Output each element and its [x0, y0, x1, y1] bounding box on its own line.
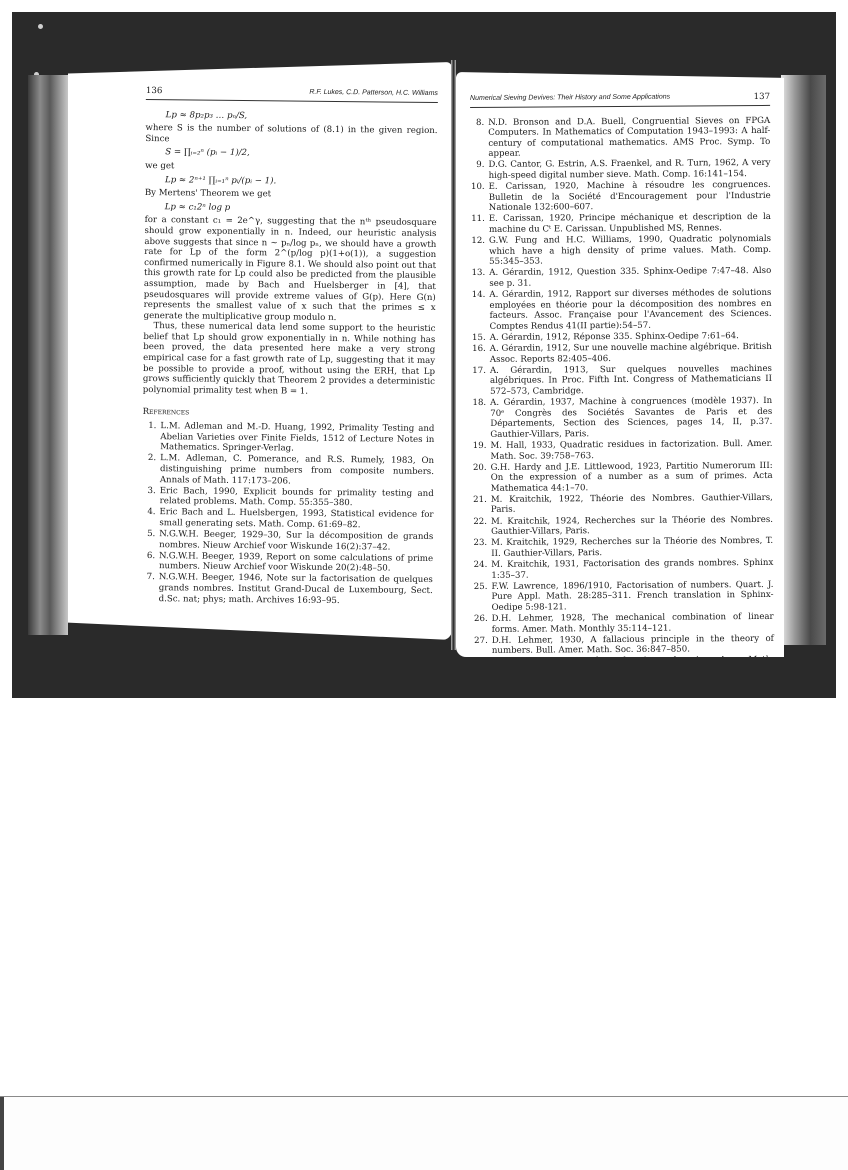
reference-number: 14.: [471, 290, 489, 332]
equation: S = ∏ᵢ₌₂ⁿ (pᵢ − 1)/2,: [145, 147, 437, 161]
page-number: 136: [146, 86, 163, 97]
reference-number: 1.: [142, 421, 160, 453]
reference-text: A. Gérardin, 1912, Rapport sur diverses …: [489, 288, 771, 332]
reference-number: 5.: [141, 529, 159, 550]
reference-item: 25.F.W. Lawrence, 1896/1910, Factorisati…: [473, 580, 773, 614]
paragraph: for a constant c₁ = 2e^γ, suggesting tha…: [144, 215, 437, 324]
reference-text: Eric Bach and L. Huelsbergen, 1993, Stat…: [159, 507, 433, 531]
reference-item: 18.A. Gérardin, 1937, Machine à congruen…: [472, 396, 772, 440]
reference-number: 3.: [142, 486, 160, 507]
reference-text: F.W. Lawrence, 1896/1910, Factorisation …: [491, 580, 773, 614]
reference-item: 13.A. Gérardin, 1912, Question 335. Sphi…: [471, 266, 771, 289]
equation: Lp ≈ c₁2ⁿ log p: [145, 202, 437, 216]
reference-number: 11.: [471, 214, 489, 235]
paper-edge-shadow: [0, 1097, 4, 1170]
reference-number: 21.: [473, 495, 491, 516]
book-gutter: [451, 60, 456, 650]
reference-item: 7.N.G.W.H. Beeger, 1946, Note sur la fac…: [141, 572, 433, 607]
reference-number: 6.: [141, 551, 159, 572]
reference-text: Eric Bach, 1990, Explicit bounds for pri…: [160, 486, 434, 510]
reference-number: 17.: [472, 366, 490, 398]
reference-text: L.M. Adleman, C. Pomerance, and R.S. Rum…: [160, 453, 434, 488]
reference-number: 10.: [471, 182, 489, 214]
left-page-content: 136 R.F. Lukes, C.D. Patterson, H.C. Wil…: [141, 86, 438, 608]
left-page-edges: [28, 75, 68, 635]
reference-item: 23.M. Kraitchik, 1929, Recherches sur la…: [473, 536, 773, 559]
paragraph: where S is the number of solutions of (8…: [145, 123, 437, 147]
reference-item: 5.N.G.W.H. Beeger, 1929–30, Sur la décom…: [141, 529, 433, 553]
reference-number: 15.: [472, 333, 490, 344]
reference-text: A. Gérardin, 1912, Question 335. Sphinx-…: [489, 266, 771, 289]
reference-item: 21.M. Kraitchik, 1922, Théorie des Nombr…: [473, 493, 773, 516]
paragraph: Thus, these numerical data lend some sup…: [143, 321, 436, 398]
reference-number: 23.: [473, 538, 491, 559]
reference-text: E. Carissan, 1920, Principe méchanique e…: [489, 212, 771, 235]
reference-item: 12.G.W. Fung and H.C. Williams, 1990, Qu…: [471, 234, 771, 268]
reference-text: M. Hall, 1933, Quadratic residues in fac…: [490, 439, 772, 462]
reference-item: 6.N.G.W.H. Beeger, 1939, Report on some …: [141, 551, 433, 575]
reference-item: 4.Eric Bach and L. Huelsbergen, 1993, St…: [141, 507, 433, 531]
reference-item: 10.E. Carissan, 1920, Machine à résoudre…: [471, 180, 771, 214]
reference-item: 26.D.H. Lehmer, 1928, The mechanical com…: [474, 612, 774, 635]
reference-item: 24.M. Kraitchik, 1931, Factorisation des…: [473, 558, 773, 581]
reference-text: M. Kraitchik, 1922, Théorie des Nombres.…: [491, 493, 773, 516]
reference-text: A. Gérardin, 1937, Machine à congruences…: [490, 396, 772, 440]
blank-paper-sheet: [0, 1096, 848, 1170]
reference-text: D.H. Lehmer, 1928, The mechanical combin…: [492, 612, 774, 635]
reference-number: 27.: [474, 635, 492, 656]
reference-number: 25.: [473, 581, 491, 613]
reference-number: 16.: [472, 344, 490, 365]
reference-number: 24.: [473, 560, 491, 581]
reference-text: M. Kraitchik, 1929, Recherches sur la Th…: [491, 536, 773, 559]
reference-item: 20.G.H. Hardy and J.E. Littlewood, 1923,…: [473, 460, 773, 494]
reference-number: 12.: [471, 236, 489, 268]
reference-item: 27.D.H. Lehmer, 1930, A fallacious princ…: [474, 633, 774, 656]
right-page-edges: [781, 75, 826, 645]
reference-text: D.G. Cantor, G. Estrin, A.S. Fraenkel, a…: [488, 158, 770, 181]
paragraph: By Mertens' Theorem we get: [145, 188, 437, 202]
reference-text: A. Gérardin, 1912, Sur une nouvelle mach…: [490, 342, 772, 365]
reference-text: E. Carissan, 1920, Machine à résoudre le…: [489, 180, 771, 214]
reference-text: A. Gérardin, 1913, Sur quelques nouvelle…: [490, 364, 772, 398]
reference-number: 9.: [470, 160, 488, 181]
reference-text: N.G.W.H. Beeger, 1929–30, Sur la décompo…: [159, 529, 433, 553]
reference-text: D.H. Lehmer, 1930, A fallacious principl…: [492, 633, 774, 656]
reference-item: 8.N.D. Bronson and D.A. Buell, Congruent…: [470, 115, 770, 159]
reference-item: 3.Eric Bach, 1990, Explicit bounds for p…: [142, 486, 434, 510]
reference-text: M. Kraitchik, 1924, Recherches sur la Th…: [491, 514, 773, 537]
reference-text: L.M. Adleman and M.-D. Huang, 1992, Prim…: [160, 421, 434, 456]
right-running-head: Numerical Sieving Devives: Their History…: [470, 92, 770, 108]
left-page: 136 R.F. Lukes, C.D. Patterson, H.C. Wil…: [68, 62, 452, 640]
reference-text: N.G.W.H. Beeger, 1939, Report on some ca…: [159, 551, 433, 575]
paragraph: we get: [145, 161, 437, 175]
left-running-head: 136 R.F. Lukes, C.D. Patterson, H.C. Wil…: [146, 86, 438, 103]
reference-text: M. Kraitchik, 1931, Factorisation des gr…: [491, 558, 773, 581]
reference-item: 16.A. Gérardin, 1912, Sur une nouvelle m…: [472, 342, 772, 365]
reference-item: 2.L.M. Adleman, C. Pomerance, and R.S. R…: [142, 453, 434, 488]
reference-text: N.G.W.H. Beeger, 1946, Note sur la facto…: [159, 573, 433, 608]
reference-number: 19.: [472, 441, 490, 462]
references-heading: References: [143, 407, 435, 421]
reference-number: 8.: [470, 117, 488, 159]
reference-number: 2.: [142, 453, 160, 485]
reference-number: 18.: [472, 398, 490, 440]
references-list: 1.L.M. Adleman and M.-D. Huang, 1992, Pr…: [141, 421, 435, 607]
reference-number: 4.: [141, 507, 159, 528]
running-head-title: Numerical Sieving Devives: Their History…: [470, 93, 670, 105]
equation: Lp ≈ 2ⁿ⁺¹ ∏ᵢ₌₁ⁿ pᵢ/(pᵢ − 1).: [145, 175, 437, 189]
dust-speck: [38, 24, 43, 29]
reference-number: 22.: [473, 516, 491, 537]
equation: Lp ≈ 8p₂p₃ … pₙ/S,: [146, 110, 438, 124]
reference-item: 11.E. Carissan, 1920, Principe méchaniqu…: [471, 212, 771, 235]
reference-item: 14.A. Gérardin, 1912, Rapport sur divers…: [471, 288, 771, 332]
reference-number: 13.: [471, 268, 489, 289]
references-list: 8.N.D. Bronson and D.A. Buell, Congruent…: [470, 115, 774, 657]
reference-item: 17.A. Gérardin, 1913, Sur quelques nouve…: [472, 364, 772, 398]
reference-number: 26.: [474, 614, 492, 635]
reference-item: 9.D.G. Cantor, G. Estrin, A.S. Fraenkel,…: [470, 158, 770, 181]
right-page-content: Numerical Sieving Devives: Their History…: [470, 92, 775, 657]
reference-text: G.W. Fung and H.C. Williams, 1990, Quadr…: [489, 234, 771, 268]
reference-text: N.D. Bronson and D.A. Buell, Congruentia…: [488, 115, 770, 159]
running-head-authors: R.F. Lukes, C.D. Patterson, H.C. William…: [309, 88, 438, 100]
reference-item: 19.M. Hall, 1933, Quadratic residues in …: [472, 439, 772, 462]
reference-text: G.H. Hardy and J.E. Littlewood, 1923, Pa…: [491, 460, 773, 494]
reference-item: 22.M. Kraitchik, 1924, Recherches sur la…: [473, 514, 773, 537]
page-number: 137: [754, 92, 770, 103]
reference-number: 20.: [473, 462, 491, 494]
reference-number: 7.: [141, 572, 159, 604]
reference-item: 1.L.M. Adleman and M.-D. Huang, 1992, Pr…: [142, 421, 434, 456]
right-page: Numerical Sieving Devives: Their History…: [456, 72, 784, 657]
